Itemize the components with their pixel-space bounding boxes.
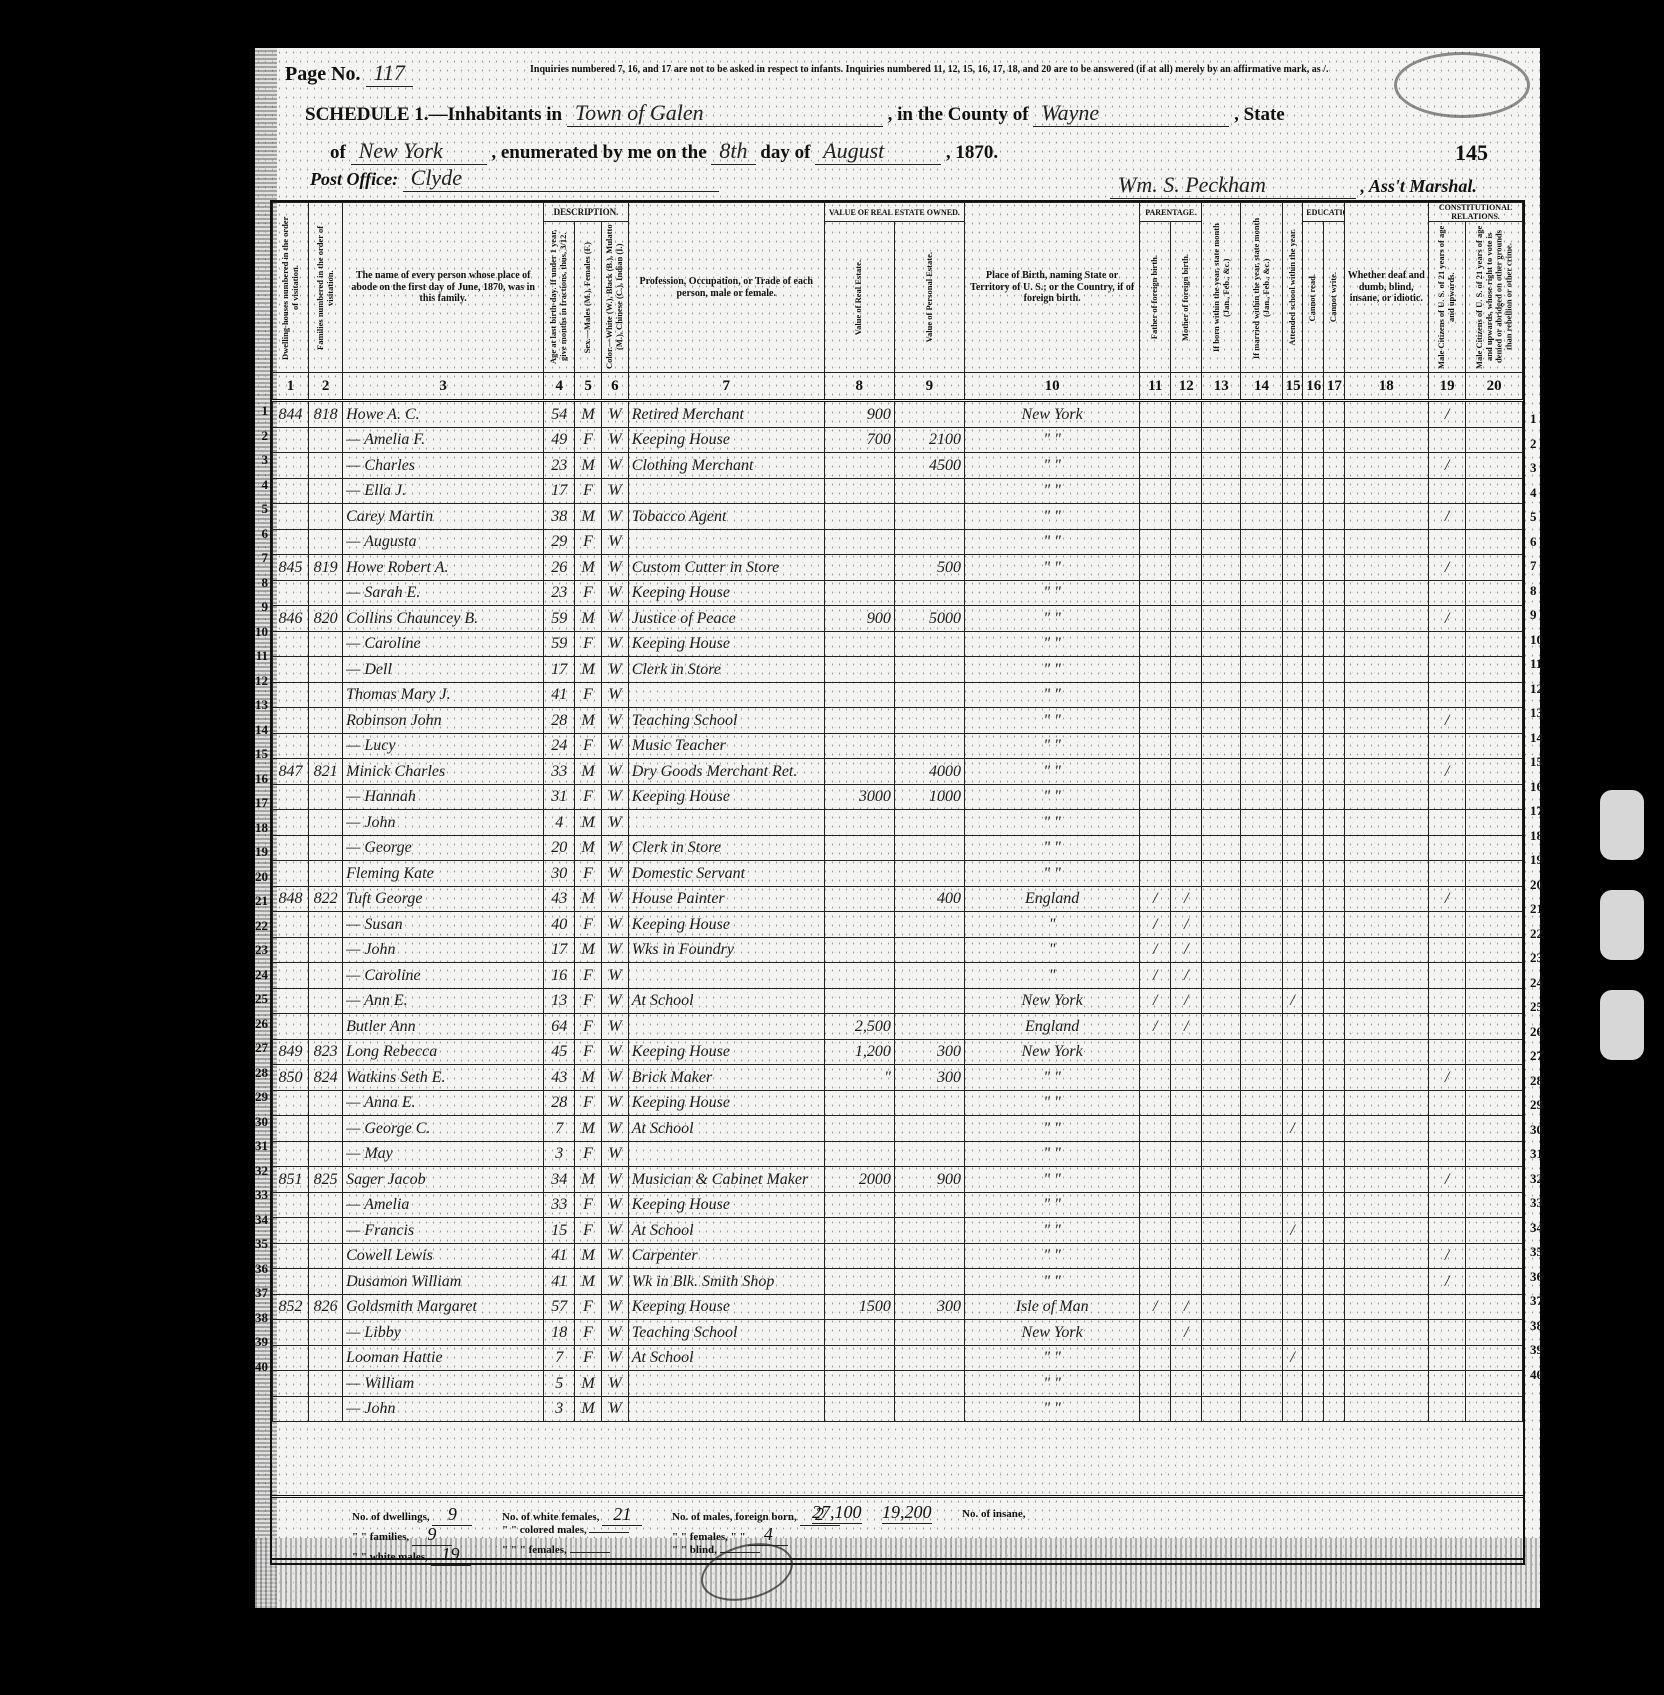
- birthplace: " ": [964, 784, 1139, 810]
- line-number: 35: [250, 1236, 268, 1252]
- citizen-mark: [1429, 1371, 1466, 1397]
- line-number: 7: [250, 550, 268, 566]
- line-number: 22: [1530, 926, 1550, 942]
- born-within-year: [1202, 1014, 1241, 1040]
- attended-school-mark: [1282, 708, 1303, 734]
- sex: M: [575, 708, 602, 734]
- citizen-mark: [1429, 963, 1466, 989]
- line-number: 16: [250, 771, 268, 787]
- family-number: 823: [309, 1039, 343, 1065]
- citizen-mark: [1429, 657, 1466, 683]
- family-number: 822: [309, 886, 343, 912]
- born-within-year: [1202, 427, 1241, 453]
- infirmity: [1344, 1243, 1429, 1269]
- vote-denied: [1466, 1396, 1523, 1422]
- dwelling-number: 848: [273, 886, 309, 912]
- cannot-write: [1323, 937, 1344, 963]
- personal-estate-value: [894, 657, 964, 683]
- infirmity: [1344, 708, 1429, 734]
- vote-denied: [1466, 1014, 1523, 1040]
- real-estate-value: [824, 1141, 894, 1167]
- line-number: 2: [250, 428, 268, 444]
- born-within-year: [1202, 937, 1241, 963]
- personal-estate-value: 4000: [894, 759, 964, 785]
- cannot-read: [1303, 1141, 1324, 1167]
- sex: F: [575, 963, 602, 989]
- birthplace: ": [964, 937, 1139, 963]
- color: W: [601, 1014, 628, 1040]
- married-within-year: [1241, 912, 1282, 938]
- cannot-read: [1303, 1371, 1324, 1397]
- cannot-read: [1303, 1116, 1324, 1142]
- attended-school-mark: [1282, 580, 1303, 606]
- color: W: [601, 1294, 628, 1320]
- sex: M: [575, 1371, 602, 1397]
- vote-denied: [1466, 478, 1523, 504]
- line-number: 33: [250, 1187, 268, 1203]
- person-name: Butler Ann: [343, 1014, 544, 1040]
- cannot-write: [1323, 401, 1344, 428]
- vote-denied: [1466, 835, 1523, 861]
- line-number: 31: [250, 1138, 268, 1154]
- family-number: 824: [309, 1065, 343, 1091]
- age: 20: [544, 835, 575, 861]
- color: W: [601, 810, 628, 836]
- vote-denied: [1466, 912, 1523, 938]
- census-table: Dwelling-houses numbered in the order of…: [270, 200, 1525, 1560]
- attended-school-mark: [1282, 784, 1303, 810]
- family-number: [309, 912, 343, 938]
- line-number: 13: [1530, 705, 1550, 721]
- born-within-year: [1202, 963, 1241, 989]
- family-number: [309, 963, 343, 989]
- sex: M: [575, 810, 602, 836]
- father-foreign-mark: [1140, 835, 1171, 861]
- citizen-mark: [1429, 631, 1466, 657]
- attended-school-mark: [1282, 886, 1303, 912]
- occupation: Keeping House: [628, 1039, 824, 1065]
- dwelling-number: [273, 1269, 309, 1295]
- personal-estate-value: [894, 401, 964, 428]
- married-within-year: [1241, 1090, 1282, 1116]
- father-foreign-mark: [1140, 1167, 1171, 1193]
- citizen-mark: [1429, 733, 1466, 759]
- birthplace: Isle of Man: [964, 1294, 1139, 1320]
- citizen-mark: [1429, 1116, 1466, 1142]
- line-number: 27: [1530, 1048, 1550, 1064]
- cannot-read: [1303, 1167, 1324, 1193]
- born-within-year: [1202, 886, 1241, 912]
- real-estate-value: [824, 835, 894, 861]
- line-number: 38: [250, 1310, 268, 1326]
- color: W: [601, 453, 628, 479]
- sex: M: [575, 1269, 602, 1295]
- sex: M: [575, 1396, 602, 1422]
- citizen-mark: /: [1429, 708, 1466, 734]
- birthplace: New York: [964, 1320, 1139, 1346]
- infirmity: [1344, 937, 1429, 963]
- mother-foreign-mark: [1171, 835, 1202, 861]
- vote-denied: [1466, 657, 1523, 683]
- infirmity: [1344, 1192, 1429, 1218]
- family-number: [309, 1090, 343, 1116]
- citizen-mark: [1429, 1039, 1466, 1065]
- occupation: [628, 1396, 824, 1422]
- color: W: [601, 580, 628, 606]
- line-number: 30: [1530, 1122, 1550, 1138]
- color: W: [601, 759, 628, 785]
- mother-foreign-mark: [1171, 861, 1202, 887]
- born-within-year: [1202, 1065, 1241, 1091]
- col-name-header: The name of every person whose place of …: [343, 203, 544, 373]
- real-estate-value: [824, 912, 894, 938]
- father-foreign-mark: [1140, 1269, 1171, 1295]
- family-number: 826: [309, 1294, 343, 1320]
- sex: M: [575, 1065, 602, 1091]
- seal-stamp: [1394, 52, 1530, 118]
- sex: F: [575, 1039, 602, 1065]
- person-name: — Augusta: [343, 529, 544, 555]
- real-estate-value: [824, 708, 894, 734]
- line-number: 5: [250, 501, 268, 517]
- age: 49: [544, 427, 575, 453]
- line-number: 24: [1530, 975, 1550, 991]
- married-within-year: [1241, 759, 1282, 785]
- table-row: — Caroline16FW"//: [273, 963, 1523, 989]
- married-within-year: [1241, 1192, 1282, 1218]
- cannot-write: [1323, 886, 1344, 912]
- cannot-read: [1303, 810, 1324, 836]
- attended-school-mark: [1282, 427, 1303, 453]
- real-estate-value: [824, 810, 894, 836]
- age: 33: [544, 1192, 575, 1218]
- father-foreign-mark: [1140, 580, 1171, 606]
- real-estate-value: [824, 1345, 894, 1371]
- line-number: 10: [250, 624, 268, 640]
- family-number: [309, 733, 343, 759]
- vote-denied: [1466, 580, 1523, 606]
- person-name: — Sarah E.: [343, 580, 544, 606]
- cannot-write: [1323, 733, 1344, 759]
- citizen-mark: [1429, 529, 1466, 555]
- mother-foreign-mark: /: [1171, 1014, 1202, 1040]
- married-within-year: [1241, 504, 1282, 530]
- occupation: Justice of Peace: [628, 606, 824, 632]
- birthplace: " ": [964, 810, 1139, 836]
- married-within-year: [1241, 657, 1282, 683]
- table-row: 849823Long Rebecca45FWKeeping House1,200…: [273, 1039, 1523, 1065]
- personal-estate-value: [894, 861, 964, 887]
- mother-foreign-mark: [1171, 1269, 1202, 1295]
- age: 43: [544, 1065, 575, 1091]
- father-foreign-mark: [1140, 1218, 1171, 1244]
- cannot-write: [1323, 1039, 1344, 1065]
- occupation: At School: [628, 1116, 824, 1142]
- occupation: Clothing Merchant: [628, 453, 824, 479]
- cannot-read: [1303, 631, 1324, 657]
- citizen-mark: [1429, 1192, 1466, 1218]
- dwelling-number: [273, 1192, 309, 1218]
- birthplace: " ": [964, 427, 1139, 453]
- real-estate-value: [824, 657, 894, 683]
- summary-dwellings: No. of dwellings, 9: [352, 1504, 472, 1526]
- vote-denied: [1466, 606, 1523, 632]
- person-name: Minick Charles: [343, 759, 544, 785]
- infirmity: [1344, 1371, 1429, 1397]
- born-within-year: [1202, 1294, 1241, 1320]
- father-foreign-mark: [1140, 1396, 1171, 1422]
- married-within-year: [1241, 1167, 1282, 1193]
- occupation: [628, 1371, 824, 1397]
- attended-school-mark: [1282, 1269, 1303, 1295]
- value-group-header: VALUE OF REAL ESTATE OWNED.: [824, 203, 964, 222]
- dwelling-number: 852: [273, 1294, 309, 1320]
- father-foreign-mark: [1140, 631, 1171, 657]
- line-number: 5: [1530, 509, 1550, 525]
- personal-estate-value: [894, 1371, 964, 1397]
- birthplace: " ": [964, 504, 1139, 530]
- father-foreign-mark: [1140, 810, 1171, 836]
- mother-foreign-mark: [1171, 1116, 1202, 1142]
- color: W: [601, 988, 628, 1014]
- attended-school-mark: [1282, 555, 1303, 581]
- line-number: 26: [250, 1016, 268, 1032]
- line-number: 34: [1530, 1220, 1550, 1236]
- personal-estate-value: [894, 1396, 964, 1422]
- occupation: Clerk in Store: [628, 835, 824, 861]
- vote-denied: [1466, 1141, 1523, 1167]
- vote-denied: [1466, 886, 1523, 912]
- col-cannot-write-header: Cannot write.: [1323, 222, 1344, 373]
- infirmity: [1344, 453, 1429, 479]
- sex: M: [575, 453, 602, 479]
- occupation: [628, 963, 824, 989]
- line-number: 1: [250, 403, 268, 419]
- cannot-write: [1323, 1243, 1344, 1269]
- cannot-write: [1323, 427, 1344, 453]
- family-number: [309, 861, 343, 887]
- occupation: [628, 1141, 824, 1167]
- line-number: 28: [250, 1065, 268, 1081]
- dwelling-number: [273, 1141, 309, 1167]
- line-number: 12: [250, 673, 268, 689]
- attended-school-mark: [1282, 810, 1303, 836]
- sex: F: [575, 1192, 602, 1218]
- father-foreign-mark: [1140, 1192, 1171, 1218]
- citizen-mark: [1429, 1141, 1466, 1167]
- birthplace: " ": [964, 1371, 1139, 1397]
- personal-estate-value: 5000: [894, 606, 964, 632]
- occupation: Retired Merchant: [628, 401, 824, 428]
- marshal-line: Wm. S. Peckham , Ass't Marshal.: [1110, 172, 1477, 199]
- color: W: [601, 963, 628, 989]
- family-number: [309, 657, 343, 683]
- line-number: 4: [1530, 485, 1550, 501]
- born-within-year: [1202, 401, 1241, 428]
- person-name: — John: [343, 810, 544, 836]
- mother-foreign-mark: [1171, 810, 1202, 836]
- personal-estate-value: [894, 1116, 964, 1142]
- born-within-year: [1202, 1141, 1241, 1167]
- line-number: 8: [1530, 583, 1550, 599]
- cannot-read: [1303, 1320, 1324, 1346]
- married-within-year: [1241, 580, 1282, 606]
- age: 7: [544, 1116, 575, 1142]
- cannot-write: [1323, 657, 1344, 683]
- color: W: [601, 1269, 628, 1295]
- age: 3: [544, 1396, 575, 1422]
- citizen-mark: /: [1429, 1269, 1466, 1295]
- dwelling-number: 847: [273, 759, 309, 785]
- father-foreign-mark: /: [1140, 912, 1171, 938]
- mother-foreign-mark: /: [1171, 912, 1202, 938]
- birthplace: " ": [964, 529, 1139, 555]
- mother-foreign-mark: /: [1171, 988, 1202, 1014]
- age: 43: [544, 886, 575, 912]
- cannot-write: [1323, 682, 1344, 708]
- vote-denied: [1466, 861, 1523, 887]
- cannot-read: [1303, 988, 1324, 1014]
- cannot-read: [1303, 682, 1324, 708]
- age: 4: [544, 810, 575, 836]
- age: 16: [544, 963, 575, 989]
- cannot-read: [1303, 580, 1324, 606]
- line-number: 37: [1530, 1293, 1550, 1309]
- born-within-year: [1202, 1116, 1241, 1142]
- vote-denied: [1466, 1218, 1523, 1244]
- vote-denied: [1466, 555, 1523, 581]
- attended-school-mark: [1282, 1396, 1303, 1422]
- occupation: Teaching School: [628, 1320, 824, 1346]
- citizen-mark: [1429, 1320, 1466, 1346]
- col-age-header: Age at last birth-day. If under 1 year, …: [544, 222, 575, 373]
- occupation: Carpenter: [628, 1243, 824, 1269]
- family-number: [309, 835, 343, 861]
- person-name: Robinson John: [343, 708, 544, 734]
- attended-school-mark: [1282, 606, 1303, 632]
- table-row: — Ann E.13FWAt SchoolNew York///: [273, 988, 1523, 1014]
- line-number: 39: [1530, 1342, 1550, 1358]
- attended-school-mark: [1282, 759, 1303, 785]
- age: 23: [544, 580, 575, 606]
- vote-denied: [1466, 1192, 1523, 1218]
- personal-estate-value: [894, 1218, 964, 1244]
- real-estate-value: [824, 1218, 894, 1244]
- occupation: Keeping House: [628, 912, 824, 938]
- age: 17: [544, 937, 575, 963]
- dwelling-number: [273, 1371, 309, 1397]
- line-number: 17: [1530, 803, 1550, 819]
- vote-denied: [1466, 1039, 1523, 1065]
- line-number: 10: [1530, 632, 1550, 648]
- infirmity: [1344, 886, 1429, 912]
- col-attended-school-header: Attended school within the year.: [1282, 203, 1303, 373]
- line-number: 31: [1530, 1146, 1550, 1162]
- family-number: 820: [309, 606, 343, 632]
- person-name: — Amelia F.: [343, 427, 544, 453]
- personal-estate-value: 1000: [894, 784, 964, 810]
- father-foreign-mark: [1140, 784, 1171, 810]
- dwelling-number: [273, 657, 309, 683]
- mother-foreign-mark: [1171, 478, 1202, 504]
- attended-school-mark: [1282, 1243, 1303, 1269]
- person-name: — Libby: [343, 1320, 544, 1346]
- summary-colored-females: " " " females,: [502, 1544, 610, 1556]
- dwelling-number: [273, 1014, 309, 1040]
- occupation: Keeping House: [628, 1192, 824, 1218]
- citizen-mark: /: [1429, 1243, 1466, 1269]
- dwelling-number: [273, 453, 309, 479]
- personal-estate-value: [894, 1141, 964, 1167]
- table-row: 844818Howe A. C.54MWRetired Merchant900N…: [273, 401, 1523, 428]
- summary-insane: No. of insane,: [962, 1508, 1026, 1520]
- sex: F: [575, 1090, 602, 1116]
- person-name: — Dell: [343, 657, 544, 683]
- family-number: [309, 1141, 343, 1167]
- dwelling-number: [273, 631, 309, 657]
- father-foreign-mark: [1140, 708, 1171, 734]
- father-foreign-mark: [1140, 1345, 1171, 1371]
- line-number: 39: [250, 1334, 268, 1350]
- sex: F: [575, 861, 602, 887]
- attended-school-mark: [1282, 453, 1303, 479]
- table-row: 850824Watkins Seth E.43MWBrick Maker"300…: [273, 1065, 1523, 1091]
- birthplace: " ": [964, 1065, 1139, 1091]
- cannot-read: [1303, 427, 1324, 453]
- cannot-write: [1323, 784, 1344, 810]
- cannot-write: [1323, 580, 1344, 606]
- married-within-year: [1241, 1014, 1282, 1040]
- birthplace: New York: [964, 988, 1139, 1014]
- mother-foreign-mark: [1171, 555, 1202, 581]
- family-number: [309, 937, 343, 963]
- real-estate-value: [824, 963, 894, 989]
- age: 33: [544, 759, 575, 785]
- citizen-mark: [1429, 912, 1466, 938]
- cannot-read: [1303, 937, 1324, 963]
- table-row: — Amelia F.49FWKeeping House7002100" ": [273, 427, 1523, 453]
- sex: M: [575, 1243, 602, 1269]
- table-row: — Lucy24FWMusic Teacher" ": [273, 733, 1523, 759]
- vote-denied: [1466, 1243, 1523, 1269]
- col-real-estate-header: Value of Real Estate.: [824, 222, 894, 373]
- line-number: 12: [1530, 681, 1550, 697]
- dwelling-number: 846: [273, 606, 309, 632]
- personal-estate-value: [894, 1243, 964, 1269]
- real-estate-value: [824, 759, 894, 785]
- occupation: [628, 682, 824, 708]
- color: W: [601, 631, 628, 657]
- mother-foreign-mark: [1171, 759, 1202, 785]
- infirmity: [1344, 912, 1429, 938]
- col-mother-foreign-header: Mother of foreign birth.: [1171, 222, 1202, 373]
- citizen-mark: [1429, 835, 1466, 861]
- person-name: — Francis: [343, 1218, 544, 1244]
- attended-school-mark: [1282, 1167, 1303, 1193]
- personal-estate-value: 300: [894, 1294, 964, 1320]
- person-name: — Charles: [343, 453, 544, 479]
- mother-foreign-mark: [1171, 1192, 1202, 1218]
- vote-denied: [1466, 1167, 1523, 1193]
- line-number: 20: [1530, 877, 1550, 893]
- infirmity: [1344, 1320, 1429, 1346]
- mother-foreign-mark: [1171, 784, 1202, 810]
- table-row: 848822Tuft George43MWHouse Painter400Eng…: [273, 886, 1523, 912]
- marshal-signature: Wm. S. Peckham: [1110, 172, 1356, 199]
- attended-school-mark: [1282, 657, 1303, 683]
- table-row: — Francis15FWAt School" "/: [273, 1218, 1523, 1244]
- father-foreign-mark: [1140, 759, 1171, 785]
